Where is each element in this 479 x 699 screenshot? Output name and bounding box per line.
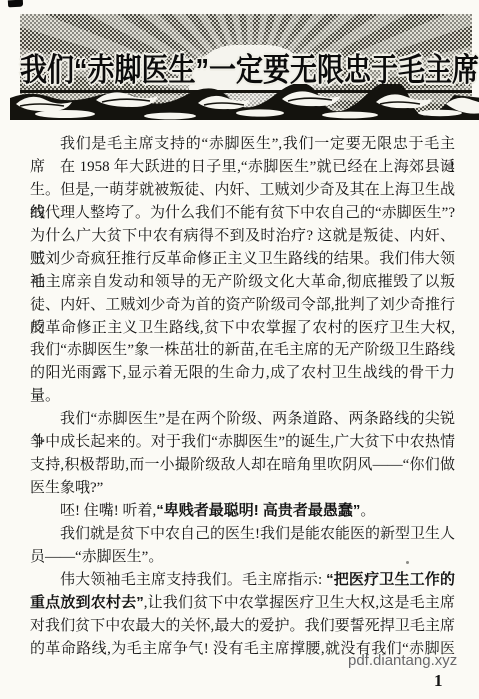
body-text: 我们是毛主席支持的“赤脚医生”,我们一定要无限忠于毛主席!在 1958 年大跃进… xyxy=(30,133,455,661)
text-line: 我们就是贫下中农自己的医生!我们是能农能医的新型卫生人 xyxy=(30,523,455,546)
text-segment: ,让我们贫下中农掌握医疗卫生大权,这是毛主席 xyxy=(144,595,455,611)
text-line: 在 1958 年大跃进的日子里,“赤脚医生”就已经在上海郊县诞 xyxy=(30,156,455,179)
text-segment: 员——“赤脚医生”。 xyxy=(30,549,163,565)
text-line: 毛主席亲自发动和领导的无产阶级文化大革命,彻底摧毁了以叛 xyxy=(30,271,455,294)
scan-artifact-mark xyxy=(8,0,23,7)
scan-speckle xyxy=(406,561,409,564)
text-line: 医生象哦?” xyxy=(30,477,455,500)
text-line: 对我们贫下中农最大的关怀,最大的爱护。我们要誓死捍卫毛主席 xyxy=(30,615,455,638)
text-line: 徒、内奸、工贼刘少奇为首的资产阶级司令部,批判了刘少奇推行的 xyxy=(30,294,455,317)
text-segment: 支持,积极帮助,而一小撮阶级敌人却在暗角里吹阴风——“你们做 xyxy=(30,457,455,473)
watermark: pdf.diantang.xyz xyxy=(348,652,457,669)
text-segment: 医生象哦?” xyxy=(30,480,103,496)
text-line: 支持,积极帮助,而一小撮阶级敌人却在暗角里吹阴风——“你们做 xyxy=(30,454,455,477)
text-line: 反革命修正主义卫生路线,贫下中农掌握了农村的医疗卫生大权, xyxy=(30,317,455,340)
text-segment: 呸! 住嘴! 听着, xyxy=(60,503,156,519)
text-segment: 在 1958 年大跃进的日子里,“赤脚医生”就已经在上海郊县诞 xyxy=(60,159,455,175)
text-line: 呸! 住嘴! 听着,“卑贱者最聪明! 高贵者最愚蠢”。 xyxy=(30,500,455,523)
page-number: 1 xyxy=(434,671,443,691)
emphasized-text: “把医疗卫生工作的 xyxy=(326,571,455,588)
text-line: 争中成长起来的。对于我们“赤脚医生”的诞生,广大贫下中农热情 xyxy=(30,431,455,454)
text-segment: 的代理人整垮了。为什么我们不能有贫下中农自己的“赤脚医生”? xyxy=(30,205,455,221)
text-line: 生。但是,一萌芽就被叛徒、内奸、工贼刘少奇及其在上海卫生战线 xyxy=(30,179,455,202)
text-segment: 。 xyxy=(360,503,375,519)
text-line: 的阳光雨露下,显示着无限的生命力,成了农村卫生战线的骨干力 xyxy=(30,362,455,385)
text-line: 我们是毛主席支持的“赤脚医生”,我们一定要无限忠于毛主席! xyxy=(30,133,455,156)
text-line: 我们“赤脚医生”是在两个阶级、两条道路、两条路线的尖锐斗 xyxy=(30,408,455,431)
text-line: 量。 xyxy=(30,385,455,408)
text-line: 为什么广大贫下中农有病得不到及时治疗? 这就是叛徒、内奸、工 xyxy=(30,225,455,248)
title-banner: 我们“赤脚医生”一定要无限忠于毛主席 xyxy=(20,14,472,112)
text-segment: 对我们贫下中农最大的关怀,最大的爱护。我们要誓死捍卫毛主席 xyxy=(30,618,455,634)
text-line: 伟大领袖毛主席支持我们。毛主席指示: “把医疗卫生工作的 xyxy=(30,569,455,592)
text-line: 重点放到农村去”,让我们贫下中农掌握医疗卫生大权,这是毛主席 xyxy=(30,592,455,615)
text-line: 我们“赤脚医生”象一株茁壮的新苗,在毛主席的无产阶级卫生路线 xyxy=(30,339,455,362)
text-segment: 我们就是贫下中农自己的医生!我们是能农能医的新型卫生人 xyxy=(60,526,455,542)
scanned-page: 我们“赤脚医生”一定要无限忠于毛主席 xyxy=(0,0,479,699)
emphasized-text: 重点放到农村去” xyxy=(30,594,144,611)
ocean-waves-graphic xyxy=(10,84,479,120)
text-segment: 量。 xyxy=(30,388,60,404)
text-segment: 争中成长起来的。对于我们“赤脚医生”的诞生,广大贫下中农热情 xyxy=(30,434,455,450)
text-segment: 反革命修正主义卫生路线,贫下中农掌握了农村的医疗卫生大权, xyxy=(30,320,455,336)
text-segment: 毛主席亲自发动和领导的无产阶级文化大革命,彻底摧毁了以叛 xyxy=(30,274,455,290)
text-line: 员——“赤脚医生”。 xyxy=(30,546,455,569)
text-line: 贼刘少奇疯狂推行反革命修正主义卫生路线的结果。我们伟大领袖 xyxy=(30,248,455,271)
text-segment: 伟大领袖毛主席支持我们。毛主席指示: xyxy=(60,572,326,588)
emphasized-text: “卑贱者最聪明! 高贵者最愚蠢” xyxy=(156,502,360,519)
text-segment: 我们“赤脚医生”象一株茁壮的新苗,在毛主席的无产阶级卫生路线 xyxy=(30,342,455,358)
text-segment: 的阳光雨露下,显示着无限的生命力,成了农村卫生战线的骨干力 xyxy=(30,365,455,381)
text-line: 的代理人整垮了。为什么我们不能有贫下中农自己的“赤脚医生”? xyxy=(30,202,455,225)
